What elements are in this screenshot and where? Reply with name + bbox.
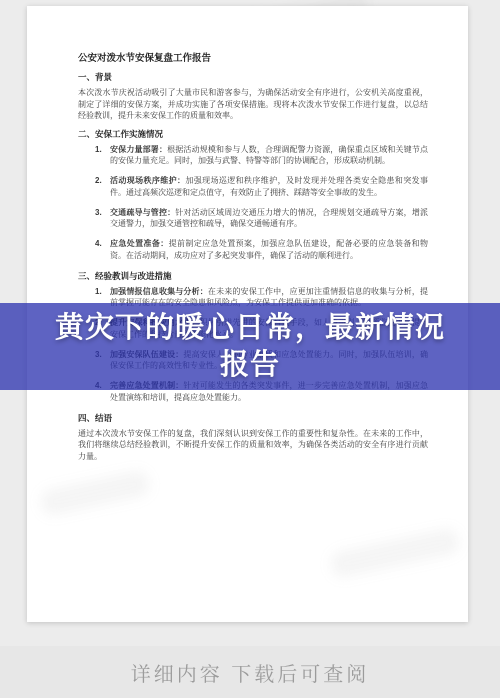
section-paragraph: 通过本次泼水节安保工作的复盘，我们深刻认识到安保工作的重要性和复杂性。在未来的工… xyxy=(78,428,428,463)
list-item: 4. 应急处置准备：提前制定应急处置预案，加强应急队伍建设，配备必要的应急装备和… xyxy=(95,238,428,261)
item-lead: 安保力量部署： xyxy=(110,145,167,154)
item-lead: 交通疏导与管控： xyxy=(110,208,175,217)
list-item: 1. 安保力量部署：根据活动规模和参与人数，合理调配警力资源，确保重点区域和关键… xyxy=(95,144,428,167)
doc-title: 公安对泼水节安保复盘工作报告 xyxy=(78,52,428,65)
item-number: 2. xyxy=(95,175,110,198)
item-lead: 活动现场秩序维护： xyxy=(110,176,185,185)
banner-title-line1: 黄灾下的暖心日常，最新情况 xyxy=(55,310,445,347)
item-number: 4. xyxy=(95,238,110,261)
item-text: 安保力量部署：根据活动规模和参与人数，合理调配警力资源，确保重点区域和关键节点的… xyxy=(110,144,428,167)
item-number: 3. xyxy=(95,207,110,230)
footer-hint-text: 详细内容 下载后可查阅 xyxy=(131,658,370,687)
footer-bar: 详细内容 下载后可查阅 xyxy=(0,646,500,698)
item-lead: 应急处置准备： xyxy=(110,239,169,248)
promo-banner-overlay: 黄灾下的暖心日常，最新情况 报告 xyxy=(0,303,500,390)
item-number: 1. xyxy=(95,144,110,167)
section-heading-lessons: 三、经验教训与改进措施 xyxy=(78,270,428,282)
list-item: 2. 活动现场秩序维护：加强现场巡逻和秩序维护，及时发现并处理各类安全隐患和突发… xyxy=(95,175,428,198)
preview-stage: 公安对泼水节安保复盘工作报告 一、背景 本次泼水节庆祝活动吸引了大量市民和游客参… xyxy=(0,0,500,698)
document-content: 公安对泼水节安保复盘工作报告 一、背景 本次泼水节庆祝活动吸引了大量市民和游客参… xyxy=(78,52,428,468)
item-text: 交通疏导与管控：针对活动区域周边交通压力增大的情况，合理规划交通疏导方案，增派交… xyxy=(110,207,428,230)
item-text: 应急处置准备：提前制定应急处置预案，加强应急队伍建设，配备必要的应急装备和物资。… xyxy=(110,238,428,261)
section-heading-implementation: 二、安保工作实施情况 xyxy=(78,128,428,140)
list-item: 3. 交通疏导与管控：针对活动区域周边交通压力增大的情况，合理规划交通疏导方案，… xyxy=(95,207,428,230)
item-lead: 加强情报信息收集与分析： xyxy=(110,287,208,296)
section-heading-background: 一、背景 xyxy=(78,71,428,83)
section-heading-conclusion: 四、结语 xyxy=(78,412,428,424)
item-text: 活动现场秩序维护：加强现场巡逻和秩序维护，及时发现并处理各类安全隐患和突发事件。… xyxy=(110,175,428,198)
section-paragraph: 本次泼水节庆祝活动吸引了大量市民和游客参与，为确保活动安全有序进行，公安机关高度… xyxy=(78,87,428,122)
banner-title-line2: 报告 xyxy=(220,347,280,384)
